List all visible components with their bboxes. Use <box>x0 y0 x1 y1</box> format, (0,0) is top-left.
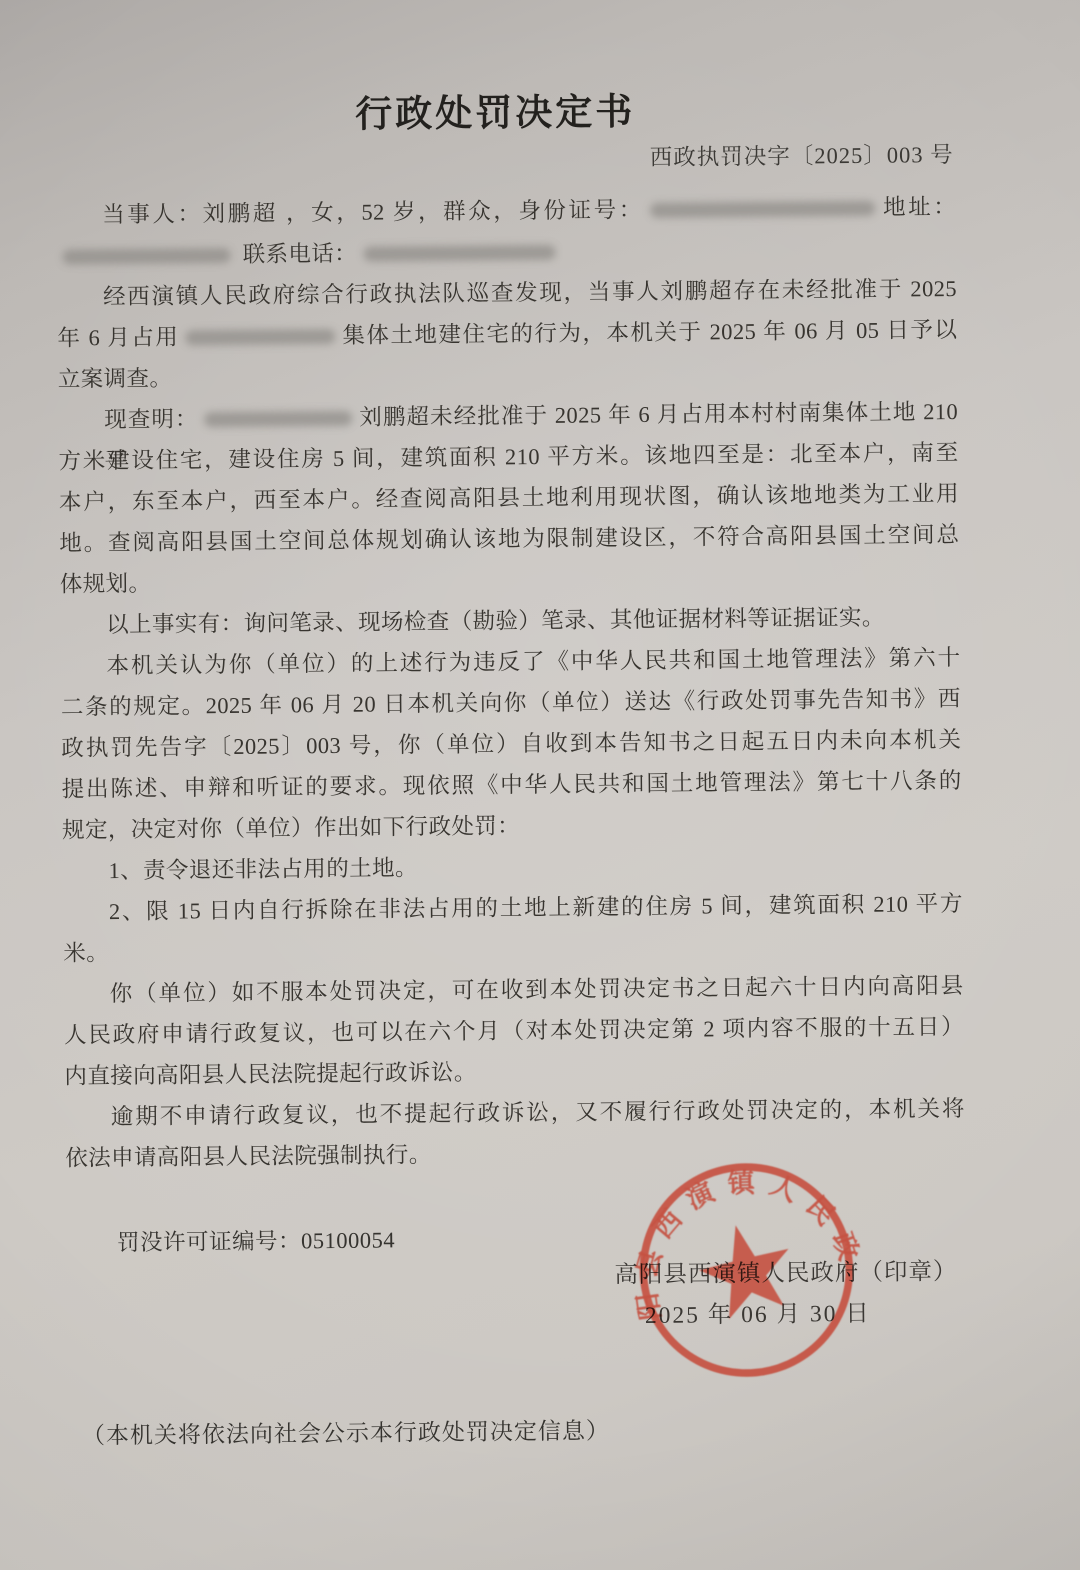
body-text: 规定，决定对你（单位）作出如下行政处罚： <box>62 813 520 842</box>
redacted-blur <box>205 411 353 427</box>
body-text: 人民政府申请行政复议，也可以在六个月（对本处罚决定第 2 项内容不服的十五日） <box>64 1014 964 1048</box>
body-text: 以上事实有：询问笔录、现场检查（勘验）笔录、其他证据材料等证据证实。 <box>106 605 885 637</box>
body-text: 年 6 月占用 <box>57 324 179 350</box>
body-text: 提出陈述、申辩和听证的要求。现依照《中华人民共和国土地管理法》第七十八条的 <box>62 768 962 802</box>
document-title: 行政处罚决定书 <box>55 78 935 140</box>
body-line: 人民政府申请行政复议，也可以在六个月（对本处罚决定第 2 项内容不服的十五日） <box>64 1006 964 1056</box>
body-text: 联系电话： <box>236 241 357 267</box>
body-text: 内直接向高阳县人民法院提起行政诉讼。 <box>64 1060 476 1089</box>
body-line: 提出陈述、申辩和听证的要求。现依照《中华人民共和国土地管理法》第七十八条的 <box>62 760 962 810</box>
license-number-line: 罚没许可证编号：05100054 <box>117 1222 395 1257</box>
public-disclosure-note: （本机关将依法向社会公示本行政处罚决定信息） <box>82 1412 610 1450</box>
body-line: 2、限 15 日内自行拆除在非法占用的土地上新建的住房 5 间，建筑面积 210… <box>63 883 963 933</box>
document-body: 当事人：刘鹏超 ，女，52 岁，群众，身份证号：地址： 联系电话：经西演镇人民政… <box>56 186 965 1179</box>
body-text: 政执罚先告字〔2025〕003 号，你（单位）自收到本告知书之日起五日内未向本机… <box>61 727 961 761</box>
body-text: 米。 <box>63 940 109 965</box>
redacted-blur <box>63 248 231 265</box>
redacted-blur <box>650 201 875 218</box>
seal-star <box>691 1215 801 1324</box>
body-text: 地。查阅高阳县国土空间总体规划确认该地为限制建设区，不符合高阳县国土空间总 <box>59 522 959 556</box>
body-text: 现查明： <box>104 406 199 432</box>
redacted-blur <box>185 329 335 345</box>
body-text: 体规划。 <box>60 571 152 597</box>
body-line: 年 6 月占用集体土地建住宅的行为，本机关于 2025 年 06 月 05 日予… <box>57 309 957 359</box>
body-text: 2、限 15 日内自行拆除在非法占用的土地上新建的住房 5 间，建筑面积 210… <box>109 891 963 924</box>
body-text: 本机关认为你（单位）的上述行为违反了《中华人民共和国土地管理法》第六十 <box>106 645 960 678</box>
body-line: 当事人：刘鹏超 ，女，52 岁，群众，身份证号：地址： <box>56 186 956 236</box>
body-text: 当事人：刘鹏超 ，女，52 岁，群众，身份证号： <box>102 197 644 227</box>
body-text: 经西演镇人民政府综合行政执法队巡查发现，当事人刘鹏超存在未经批准于 2025 <box>103 276 957 309</box>
document-sheet: 行政处罚决定书 西政执罚决字〔2025〕003 号 当事人：刘鹏超 ，女，52 … <box>0 0 1080 1570</box>
body-line: 地。查阅高阳县国土空间总体规划确认该地为限制建设区，不符合高阳县国土空间总 <box>59 514 959 564</box>
body-text: 二条的规定。2025 年 06 月 20 日本机关向你（单位）送达《行政处罚事先… <box>61 686 961 720</box>
body-text: 你（单位）如不服本处罚决定，可在收到本处罚决定书之日起六十日内向高阳县 <box>110 973 964 1006</box>
body-text: 集体土地建住宅的行为，本机关于 2025 年 06 月 05 日予以 <box>341 317 957 348</box>
body-text: 依法申请高阳县人民法院强制执行。 <box>65 1142 432 1171</box>
body-text: 本户，东至本户，西至本户。经查阅高阳县土地利用现状图，确认该地地类为工业用 <box>59 481 959 515</box>
document-number: 西政执罚决字〔2025〕003 号 <box>56 137 954 178</box>
body-text: 方米建设住宅，建设住房 5 间，建筑面积 210 平方米。该地四至是：北至本户，… <box>58 440 958 474</box>
body-text: 立案调查。 <box>58 366 173 392</box>
body-text: 地址： <box>881 194 957 220</box>
body-text: 1、责令退还非法占用的土地。 <box>108 855 418 883</box>
redacted-blur <box>363 245 555 262</box>
body-text: 逾期不申请行政复议，也不提起行政诉讼，又不履行行政处罚决定的，本机关将 <box>111 1096 965 1129</box>
